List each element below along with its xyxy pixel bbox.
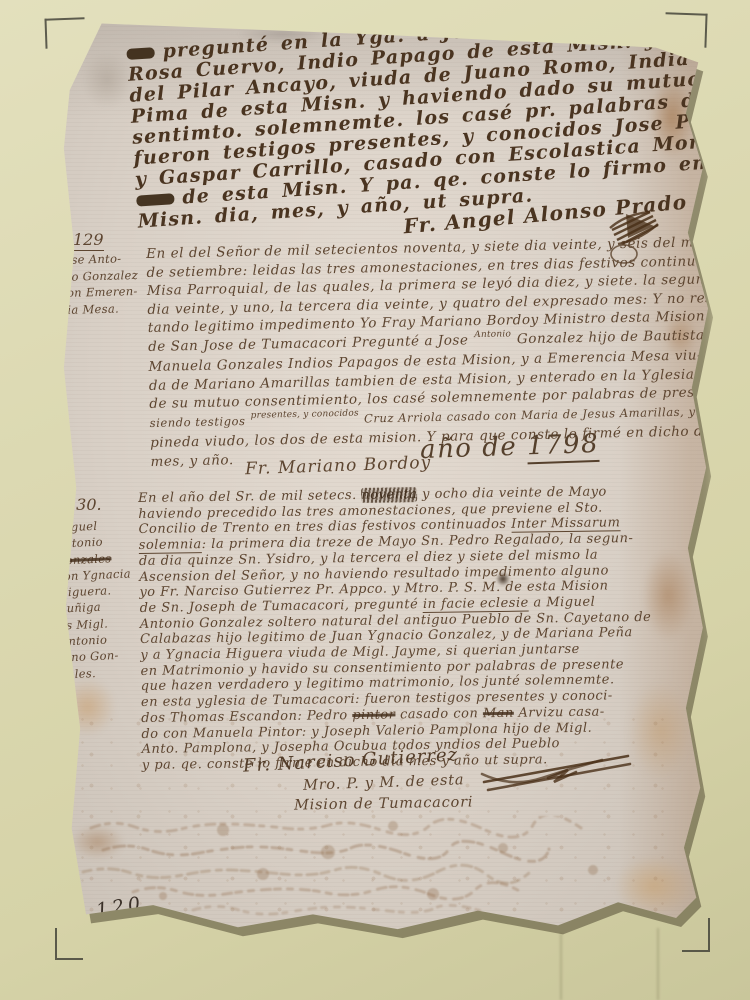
line-text: casado con <box>395 706 483 722</box>
line-text: y ocho dia veinte de Mayo <box>417 484 607 502</box>
underlined-phrase: solemnia <box>139 537 202 554</box>
margin-note-line: con Emeren- <box>60 283 139 302</box>
bleedthrough-writing <box>73 816 693 920</box>
margin-note-line: cia Mesa. <box>60 299 139 318</box>
mat-crease <box>560 933 562 1000</box>
line-text: a Miguel <box>529 595 596 611</box>
year-annotation: año de 1798 <box>420 429 600 465</box>
crop-mark-top-right-icon <box>664 12 707 47</box>
underlined-phrase: in facie eclesie <box>423 595 529 612</box>
margin-note-line: con Ygnacia <box>57 565 132 585</box>
year-annotation-year: 1798 <box>526 429 599 464</box>
underlined-phrase: Inter Missarum <box>511 516 620 534</box>
paraph-flourish-icon <box>478 740 638 804</box>
line-text: En el año del Sr. de mil setecs. <box>138 488 361 506</box>
signature-title-line: Mision de Tumacacori <box>294 794 474 813</box>
mat-crease <box>657 928 659 1000</box>
margin-note-line: zales. <box>61 663 136 683</box>
line-text: siendo testigos <box>150 413 250 429</box>
line-text: dos Thomas Escandon: Pedro <box>141 708 352 726</box>
inserted-words: presentes, y conocidos <box>250 404 359 425</box>
entry-number-129: 129 <box>73 230 104 251</box>
manuscript-page: pregunté en la Yga. a Juan Legarra, viud… <box>58 18 710 943</box>
margin-note-line: nio Gonzalez <box>60 266 139 285</box>
photo-mat-background: pregunté en la Yga. a Juan Legarra, viud… <box>0 0 750 1000</box>
crop-mark-top-left-icon <box>44 17 85 48</box>
line-text: Arvizu casa- <box>514 704 605 720</box>
entry-129-margin-note: Jose Anto- nio Gonzalez con Emeren- cia … <box>59 250 139 318</box>
ink-blot <box>126 47 155 60</box>
ink-blot <box>136 193 175 206</box>
struck-word: Man <box>483 706 514 721</box>
entry-number-130: 130. <box>66 495 102 514</box>
entry-130-body: En el año del Sr. de mil setecs. noventa… <box>138 483 710 774</box>
inserted-word: Antonio <box>474 325 511 344</box>
entry-130-margin-note: Miguel Antonio Gonzales con Ygnacia Higu… <box>54 516 135 682</box>
year-annotation-text: año de <box>420 431 528 465</box>
struck-word: pintor <box>352 707 395 723</box>
blotted-word: noventa <box>361 487 417 503</box>
margin-note-line: Jose Anto- <box>59 250 138 269</box>
crop-mark-bottom-left-icon <box>55 928 83 960</box>
crop-mark-bottom-right-icon <box>682 918 710 952</box>
